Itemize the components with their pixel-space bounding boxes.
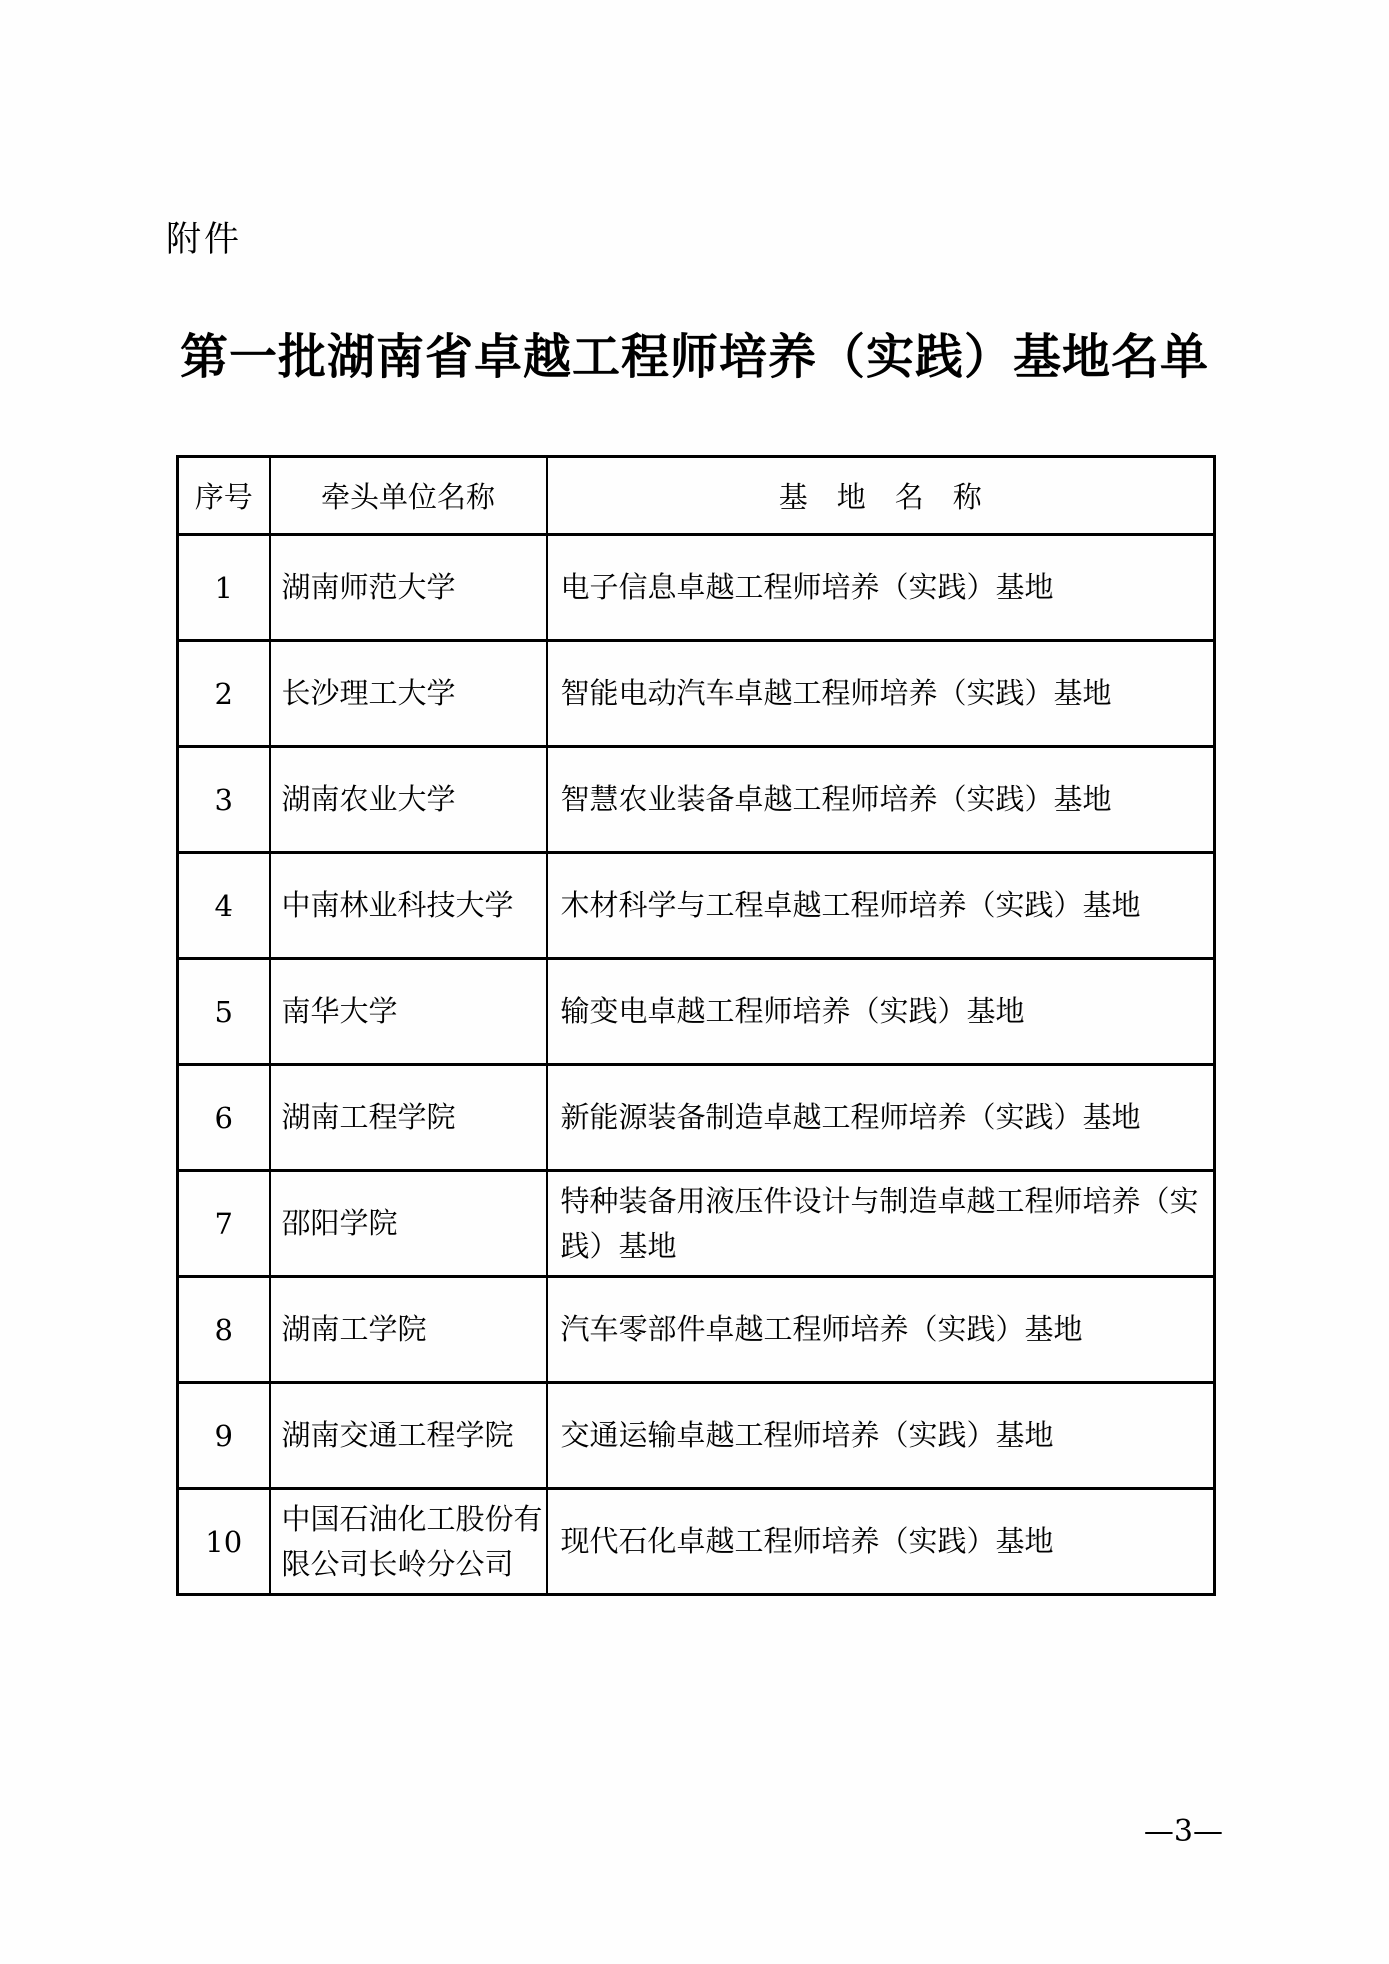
row-unit-name: 湖南工程学院 [270,1065,547,1171]
col-header-unit: 牵头单位名称 [270,457,547,535]
table-row: 5 南华大学 输变电卓越工程师培养（实践）基地 [178,959,1215,1065]
document-page: 附件 第一批湖南省卓越工程师培养（实践）基地名单 序号 牵头单位名称 基 地 名… [0,0,1389,1964]
row-unit-name: 邵阳学院 [270,1171,547,1277]
row-base-name: 现代石化卓越工程师培养（实践）基地 [547,1489,1215,1595]
col-header-no: 序号 [178,457,270,535]
table-row: 1 湖南师范大学 电子信息卓越工程师培养（实践）基地 [178,535,1215,641]
base-list-table: 序号 牵头单位名称 基 地 名 称 1 湖南师范大学 电子信息卓越工程师培养（实… [176,455,1216,1596]
table-row: 6 湖南工程学院 新能源装备制造卓越工程师培养（实践）基地 [178,1065,1215,1171]
row-base-name: 电子信息卓越工程师培养（实践）基地 [547,535,1215,641]
table-row: 4 中南林业科技大学 木材科学与工程卓越工程师培养（实践）基地 [178,853,1215,959]
row-base-name: 汽车零部件卓越工程师培养（实践）基地 [547,1277,1215,1383]
row-no: 1 [178,535,270,641]
row-base-name: 特种装备用液压件设计与制造卓越工程师培养（实践）基地 [547,1171,1215,1277]
row-base-name: 木材科学与工程卓越工程师培养（实践）基地 [547,853,1215,959]
header-row: 序号 牵头单位名称 基 地 名 称 [178,457,1215,535]
row-unit-name: 湖南农业大学 [270,747,547,853]
table-header: 序号 牵头单位名称 基 地 名 称 [178,457,1215,535]
page-number: —3— [1144,1814,1223,1849]
attachment-label: 附件 [166,212,242,262]
row-no: 3 [178,747,270,853]
row-no: 5 [178,959,270,1065]
table-row: 3 湖南农业大学 智慧农业装备卓越工程师培养（实践）基地 [178,747,1215,853]
row-unit-name: 长沙理工大学 [270,641,547,747]
row-unit-name: 南华大学 [270,959,547,1065]
row-no: 8 [178,1277,270,1383]
table-body: 1 湖南师范大学 电子信息卓越工程师培养（实践）基地 2 长沙理工大学 智能电动… [178,535,1215,1595]
row-base-name: 交通运输卓越工程师培养（实践）基地 [547,1383,1215,1489]
table-row: 10 中国石油化工股份有限公司长岭分公司 现代石化卓越工程师培养（实践）基地 [178,1489,1215,1595]
row-unit-name: 中国石油化工股份有限公司长岭分公司 [270,1489,547,1595]
row-unit-name: 湖南工学院 [270,1277,547,1383]
table-row: 9 湖南交通工程学院 交通运输卓越工程师培养（实践）基地 [178,1383,1215,1489]
table-row: 2 长沙理工大学 智能电动汽车卓越工程师培养（实践）基地 [178,641,1215,747]
row-base-name: 智能电动汽车卓越工程师培养（实践）基地 [547,641,1215,747]
row-unit-name: 中南林业科技大学 [270,853,547,959]
row-base-name: 新能源装备制造卓越工程师培养（实践）基地 [547,1065,1215,1171]
document-title: 第一批湖南省卓越工程师培养（实践）基地名单 [0,318,1389,387]
row-no: 6 [178,1065,270,1171]
row-base-name: 智慧农业装备卓越工程师培养（实践）基地 [547,747,1215,853]
row-no: 9 [178,1383,270,1489]
col-header-base: 基 地 名 称 [547,457,1215,535]
row-unit-name: 湖南师范大学 [270,535,547,641]
table-row: 7 邵阳学院 特种装备用液压件设计与制造卓越工程师培养（实践）基地 [178,1171,1215,1277]
row-base-name: 输变电卓越工程师培养（实践）基地 [547,959,1215,1065]
row-no: 7 [178,1171,270,1277]
row-unit-name: 湖南交通工程学院 [270,1383,547,1489]
row-no: 2 [178,641,270,747]
row-no: 4 [178,853,270,959]
table-row: 8 湖南工学院 汽车零部件卓越工程师培养（实践）基地 [178,1277,1215,1383]
row-no: 10 [178,1489,270,1595]
